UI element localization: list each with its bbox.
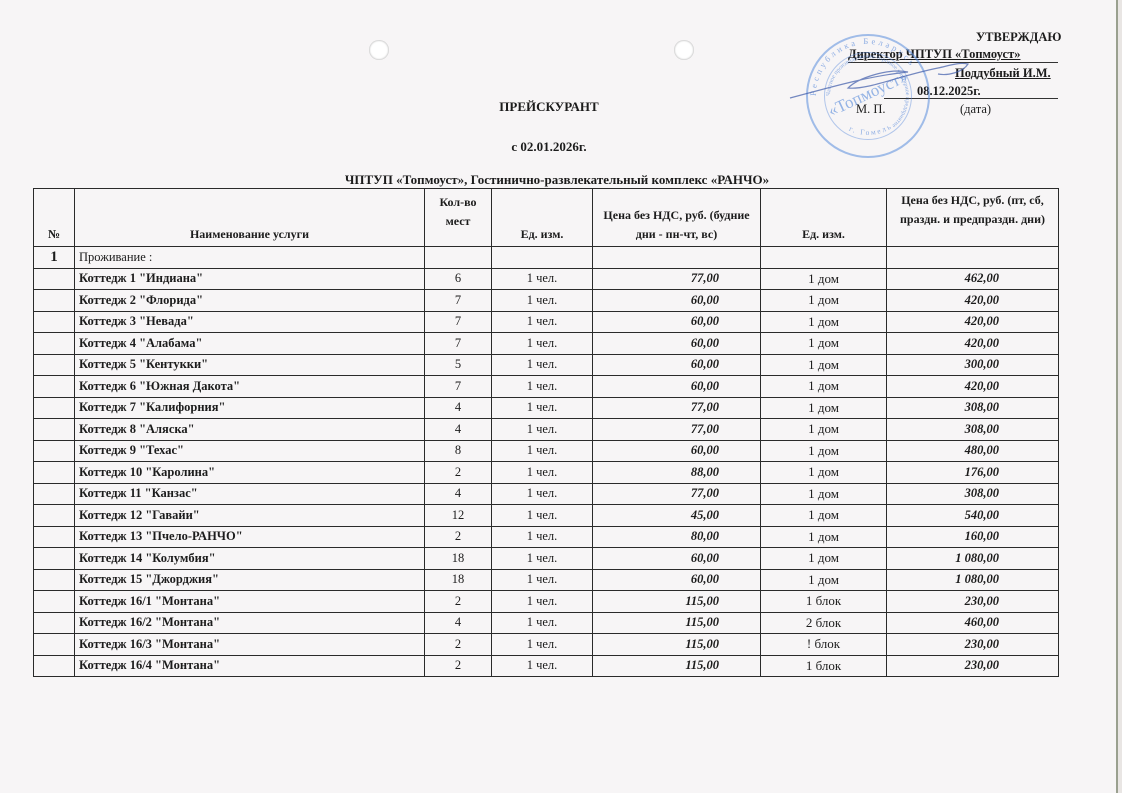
position-rule: [848, 62, 1058, 63]
price-weekend: 480,00: [887, 440, 1059, 462]
seats-count: 8: [425, 440, 492, 462]
row-number-cell: [34, 462, 75, 484]
table-row: Коттедж 6 "Южная Дакота"71 чел.60,001 до…: [34, 376, 1059, 398]
unit-per-person: 1 чел.: [492, 268, 593, 290]
service-name: Коттедж 14 "Колумбия": [75, 548, 425, 570]
unit-per-person: 1 чел.: [492, 440, 593, 462]
row-number-cell: [34, 440, 75, 462]
row-number-cell: [34, 354, 75, 376]
table-row: Коттедж 16/1 "Монтана"21 чел.115,001 бло…: [34, 591, 1059, 613]
table-row: Коттедж 16/3 "Монтана"21 чел.115,00! бло…: [34, 634, 1059, 656]
service-name: Коттедж 2 "Флорида": [75, 290, 425, 312]
unit-per-house: 1 дом: [761, 311, 887, 333]
col-seats-header: Кол-во мест: [425, 189, 492, 247]
row-number-cell: [34, 548, 75, 570]
price-weekend: 540,00: [887, 505, 1059, 527]
service-name: Коттедж 1 "Индиана": [75, 268, 425, 290]
service-name: Коттедж 15 "Джорджия": [75, 569, 425, 591]
organization-name: ЧПТУП «Топмоуст», Гостинично-развлекател…: [0, 172, 1118, 188]
row-number-cell: [34, 397, 75, 419]
col-price-weekday-header: Цена без НДС, руб. (будние дни - пн-чт, …: [593, 189, 761, 247]
unit-per-house: 1 дом: [761, 483, 887, 505]
unit-per-house: 1 дом: [761, 354, 887, 376]
table-row: Коттедж 13 "Пчело-РАНЧО"21 чел.80,001 до…: [34, 526, 1059, 548]
service-name: Коттедж 4 "Алабама": [75, 333, 425, 355]
price-table: № Наименование услуги Кол-во мест Ед. из…: [33, 188, 1059, 677]
row-number-cell: [34, 311, 75, 333]
stamp-inner-ring: [824, 52, 912, 140]
price-weekday: 77,00: [593, 268, 761, 290]
price-weekend: 420,00: [887, 333, 1059, 355]
row-number-cell: [34, 526, 75, 548]
service-name: Коттедж 10 "Каролина": [75, 462, 425, 484]
price-weekend: 420,00: [887, 290, 1059, 312]
seats-count: 4: [425, 397, 492, 419]
section-name: Проживание :: [75, 247, 425, 269]
approval-heading: УТВЕРЖДАЮ: [976, 30, 1061, 45]
unit-per-house: 1 дом: [761, 376, 887, 398]
seats-count: 2: [425, 655, 492, 677]
table-row: Коттедж 4 "Алабама"71 чел.60,001 дом420,…: [34, 333, 1059, 355]
section-row: 1 Проживание :: [34, 247, 1059, 269]
empty-cell: [492, 247, 593, 269]
price-weekend: 176,00: [887, 462, 1059, 484]
price-weekend: 308,00: [887, 419, 1059, 441]
unit-per-person: 1 чел.: [492, 634, 593, 656]
price-weekday: 115,00: [593, 634, 761, 656]
table-row: Коттедж 11 "Канзас"41 чел.77,001 дом308,…: [34, 483, 1059, 505]
row-number-cell: [34, 333, 75, 355]
col-unit-header: Ед. изм.: [492, 189, 593, 247]
seats-count: 2: [425, 462, 492, 484]
seats-count: 7: [425, 311, 492, 333]
unit-per-person: 1 чел.: [492, 354, 593, 376]
price-weekend: 1 080,00: [887, 569, 1059, 591]
table-header-row: № Наименование услуги Кол-во мест Ед. из…: [34, 189, 1059, 247]
seats-count: 2: [425, 634, 492, 656]
svg-text:Республика Беларусь: Республика Беларусь: [808, 36, 919, 96]
unit-per-house: 1 дом: [761, 419, 887, 441]
table-row: Коттедж 8 "Аляска"41 чел.77,001 дом308,0…: [34, 419, 1059, 441]
approval-date: 08.12.2025г.: [917, 84, 981, 99]
svg-text:г. Гомель: г. Гомель: [848, 121, 894, 137]
table-row: Коттедж 16/2 "Монтана"41 чел.115,002 бло…: [34, 612, 1059, 634]
table-row: Коттедж 12 "Гавайи"121 чел.45,001 дом540…: [34, 505, 1059, 527]
table-row: Коттедж 2 "Флорида"71 чел.60,001 дом420,…: [34, 290, 1059, 312]
table-row: Коттедж 14 "Колумбия"181 чел.60,001 дом1…: [34, 548, 1059, 570]
service-name: Коттедж 9 "Техас": [75, 440, 425, 462]
price-weekend: 300,00: [887, 354, 1059, 376]
unit-per-house: ! блок: [761, 634, 887, 656]
row-number-cell: [34, 612, 75, 634]
price-weekday: 60,00: [593, 548, 761, 570]
unit-per-house: 1 дом: [761, 397, 887, 419]
row-number-cell: [34, 419, 75, 441]
service-name: Коттедж 5 "Кентукки": [75, 354, 425, 376]
seats-count: 12: [425, 505, 492, 527]
price-weekday: 80,00: [593, 526, 761, 548]
col-unit2-header: Ед. изм.: [761, 189, 887, 247]
table-row: Коттедж 1 "Индиана"61 чел.77,001 дом462,…: [34, 268, 1059, 290]
price-weekday: 60,00: [593, 376, 761, 398]
row-number-cell: [34, 655, 75, 677]
unit-per-person: 1 чел.: [492, 612, 593, 634]
price-weekend: 462,00: [887, 268, 1059, 290]
service-name: Коттедж 3 "Невада": [75, 311, 425, 333]
seats-count: 7: [425, 290, 492, 312]
seats-count: 5: [425, 354, 492, 376]
unit-per-person: 1 чел.: [492, 569, 593, 591]
unit-per-person: 1 чел.: [492, 526, 593, 548]
punch-hole-icon: [674, 40, 694, 60]
unit-per-person: 1 чел.: [492, 333, 593, 355]
unit-per-person: 1 чел.: [492, 376, 593, 398]
unit-per-house: 1 дом: [761, 548, 887, 570]
unit-per-house: 1 дом: [761, 333, 887, 355]
price-weekday: 60,00: [593, 290, 761, 312]
seats-count: 18: [425, 548, 492, 570]
seats-count: 18: [425, 569, 492, 591]
unit-per-house: 1 дом: [761, 440, 887, 462]
stamp-inner-text: Частное производственно-торговое унитарн…: [826, 54, 910, 129]
service-name: Коттедж 13 "Пчело-РАНЧО": [75, 526, 425, 548]
table-row: Коттедж 7 "Калифорния"41 чел.77,001 дом3…: [34, 397, 1059, 419]
empty-cell: [593, 247, 761, 269]
empty-cell: [425, 247, 492, 269]
unit-per-house: 1 дом: [761, 569, 887, 591]
document-title: ПРЕЙСКУРАНТ: [0, 99, 1110, 115]
table-row: Коттедж 5 "Кентукки"51 чел.60,001 дом300…: [34, 354, 1059, 376]
row-number-cell: [34, 591, 75, 613]
service-name: Коттедж 6 "Южная Дакота": [75, 376, 425, 398]
unit-per-house: 1 дом: [761, 268, 887, 290]
price-weekday: 77,00: [593, 397, 761, 419]
row-number-cell: [34, 376, 75, 398]
seats-count: 7: [425, 376, 492, 398]
row-number-cell: [34, 268, 75, 290]
svg-text:Частное производственно-торгов: Частное производственно-торговое унитарн…: [826, 54, 910, 129]
unit-per-person: 1 чел.: [492, 548, 593, 570]
seats-count: 2: [425, 591, 492, 613]
price-weekday: 60,00: [593, 354, 761, 376]
table-row: Коттедж 15 "Джорджия"181 чел.60,001 дом1…: [34, 569, 1059, 591]
price-weekend: 308,00: [887, 483, 1059, 505]
unit-per-person: 1 чел.: [492, 311, 593, 333]
unit-per-house: 1 дом: [761, 290, 887, 312]
price-weekday: 77,00: [593, 419, 761, 441]
approval-signatory: Поддубный И.М.: [955, 66, 1051, 81]
page-shadow: [1118, 0, 1122, 793]
price-weekend: 420,00: [887, 311, 1059, 333]
price-weekday: 60,00: [593, 440, 761, 462]
unit-per-house: 1 дом: [761, 526, 887, 548]
stamp-bottom-text: г. Гомель: [848, 121, 894, 137]
section-number: 1: [34, 247, 75, 269]
unit-per-person: 1 чел.: [492, 290, 593, 312]
service-name: Коттедж 16/2 "Монтана": [75, 612, 425, 634]
table-row: Коттедж 9 "Техас"81 чел.60,001 дом480,00: [34, 440, 1059, 462]
price-weekday: 115,00: [593, 655, 761, 677]
unit-per-house: 1 блок: [761, 655, 887, 677]
seats-count: 7: [425, 333, 492, 355]
unit-per-house: 1 блок: [761, 591, 887, 613]
seats-count: 4: [425, 612, 492, 634]
unit-per-person: 1 чел.: [492, 462, 593, 484]
row-number-cell: [34, 483, 75, 505]
stamp-center-text: «Топмоуст»: [809, 60, 926, 129]
service-name: Коттедж 12 "Гавайи": [75, 505, 425, 527]
unit-per-person: 1 чел.: [492, 505, 593, 527]
row-number-cell: [34, 634, 75, 656]
price-weekday: 45,00: [593, 505, 761, 527]
price-weekend: 420,00: [887, 376, 1059, 398]
price-weekend: 308,00: [887, 397, 1059, 419]
price-weekend: 460,00: [887, 612, 1059, 634]
col-name-header: Наименование услуги: [75, 189, 425, 247]
empty-cell: [761, 247, 887, 269]
price-weekend: 1 080,00: [887, 548, 1059, 570]
service-name: Коттедж 7 "Калифорния": [75, 397, 425, 419]
price-weekday: 115,00: [593, 591, 761, 613]
empty-cell: [887, 247, 1059, 269]
unit-per-house: 2 блок: [761, 612, 887, 634]
unit-per-person: 1 чел.: [492, 419, 593, 441]
col-price-weekend-header: Цена без НДС, руб. (пт, сб, праздн. и пр…: [887, 189, 1059, 247]
stamp-outer-text: Республика Беларусь: [808, 36, 919, 96]
unit-per-person: 1 чел.: [492, 591, 593, 613]
effective-date: с 02.01.2026г.: [0, 139, 1110, 155]
seats-count: 4: [425, 419, 492, 441]
unit-per-person: 1 чел.: [492, 655, 593, 677]
service-name: Коттедж 11 "Канзас": [75, 483, 425, 505]
price-weekday: 60,00: [593, 569, 761, 591]
row-number-cell: [34, 290, 75, 312]
price-weekend: 230,00: [887, 591, 1059, 613]
approval-position: Директор ЧПТУП «Топмоуст»: [848, 47, 1020, 62]
unit-per-house: 1 дом: [761, 462, 887, 484]
service-name: Коттедж 8 "Аляска": [75, 419, 425, 441]
unit-per-person: 1 чел.: [492, 397, 593, 419]
seats-count: 4: [425, 483, 492, 505]
service-name: Коттедж 16/1 "Монтана": [75, 591, 425, 613]
col-num-header: №: [34, 189, 75, 247]
table-row: Коттедж 3 "Невада"71 чел.60,001 дом420,0…: [34, 311, 1059, 333]
row-number-cell: [34, 569, 75, 591]
unit-per-house: 1 дом: [761, 505, 887, 527]
price-weekend: 160,00: [887, 526, 1059, 548]
row-number-cell: [34, 505, 75, 527]
price-weekday: 60,00: [593, 311, 761, 333]
page-edge: [1116, 0, 1118, 793]
price-weekday: 60,00: [593, 333, 761, 355]
price-weekday: 77,00: [593, 483, 761, 505]
unit-per-person: 1 чел.: [492, 483, 593, 505]
service-name: Коттедж 16/4 "Монтана": [75, 655, 425, 677]
table-row: Коттедж 10 "Каролина"21 чел.88,001 дом17…: [34, 462, 1059, 484]
punch-hole-icon: [369, 40, 389, 60]
price-weekend: 230,00: [887, 655, 1059, 677]
price-weekend: 230,00: [887, 634, 1059, 656]
price-weekday: 115,00: [593, 612, 761, 634]
service-name: Коттедж 16/3 "Монтана": [75, 634, 425, 656]
table-row: Коттедж 16/4 "Монтана"21 чел.115,001 бло…: [34, 655, 1059, 677]
seats-count: 6: [425, 268, 492, 290]
seats-count: 2: [425, 526, 492, 548]
price-weekday: 88,00: [593, 462, 761, 484]
